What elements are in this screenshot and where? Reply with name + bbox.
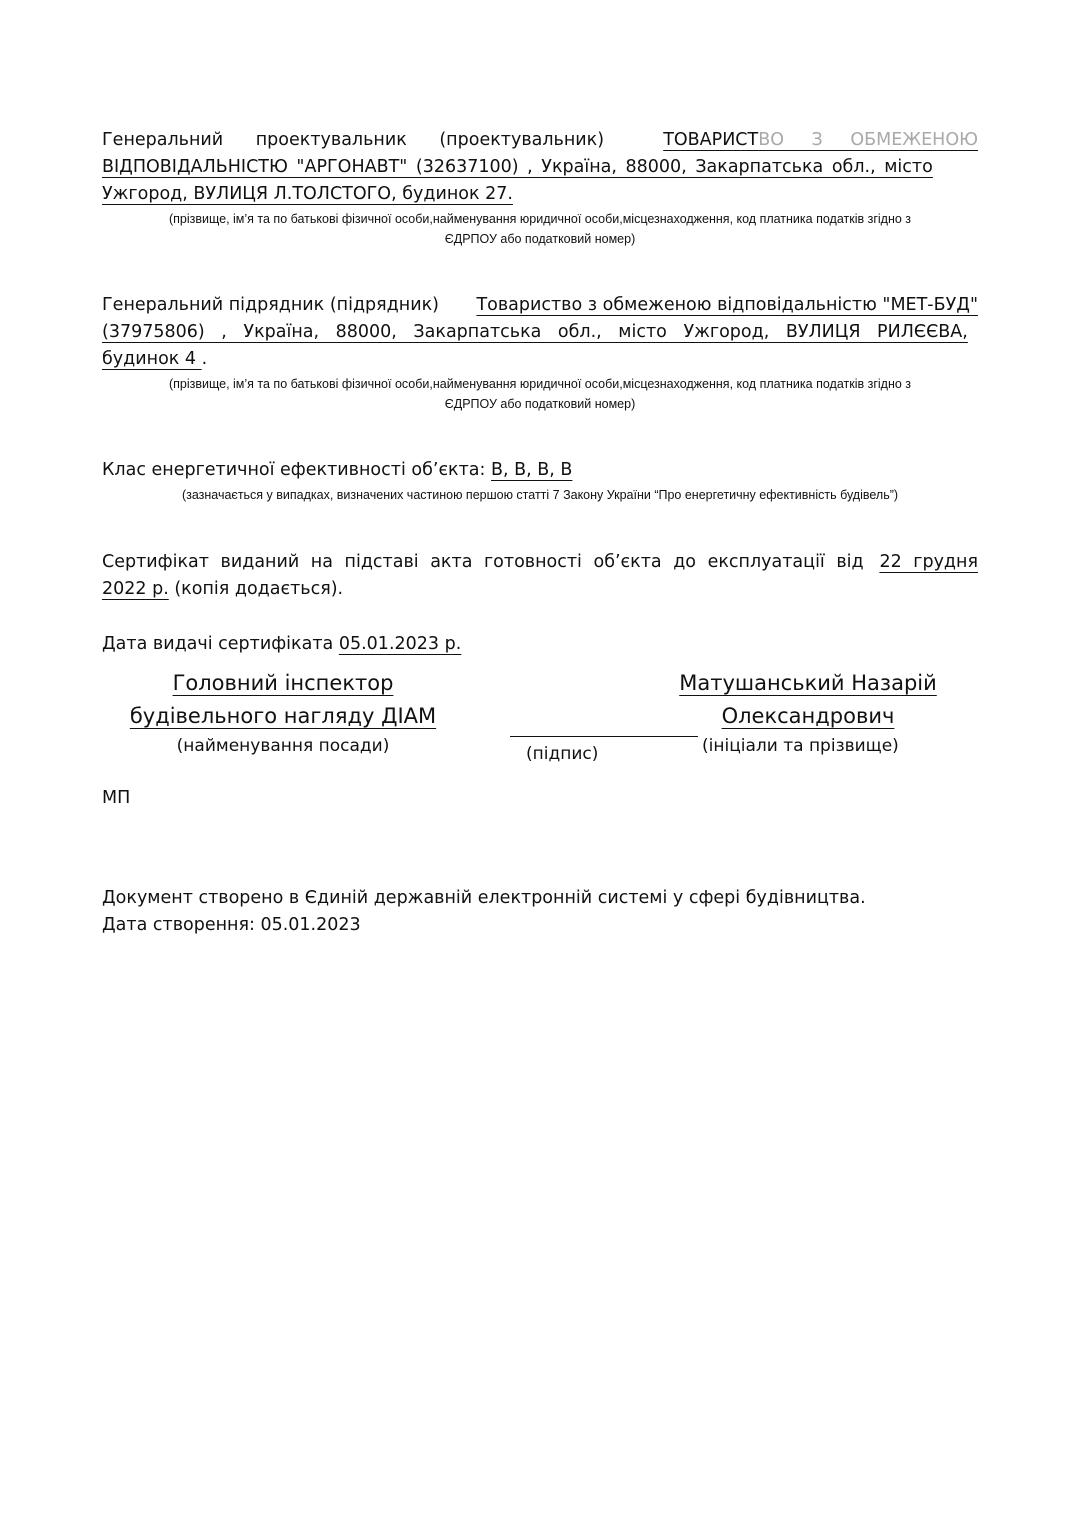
- issue-date-label: Дата видачі сертифіката: [102, 634, 333, 654]
- certificate-basis-paragraph: Сертифікат виданий на підставі акта гото…: [102, 549, 978, 603]
- act-date-part1: 22 грудня: [879, 549, 978, 576]
- footer-line1: Документ створено в Єдиній державній еле…: [102, 885, 978, 912]
- general-contractor-value-line1: Товариство з обмеженою відповідальністю …: [476, 292, 978, 319]
- general-contractor-value-line3: будинок 4: [102, 349, 202, 369]
- position-caption: (найменування посади): [102, 735, 464, 757]
- act-date-part2: 2022 р.: [102, 579, 169, 599]
- issue-date-value: 05.01.2023 р.: [339, 634, 461, 654]
- signature-line: [510, 736, 698, 737]
- inspector-name-line2: Олександрович: [722, 704, 895, 728]
- issue-date-line: Дата видачі сертифіката 05.01.2023 р.: [102, 631, 978, 658]
- general-contractor-paragraph: Генеральний підрядник (підрядник) Товари…: [102, 292, 978, 373]
- general-designer-note-line2: ЄДРПОУ або податковий номер): [102, 229, 978, 249]
- inspector-name-line1: Матушанський Назарій: [679, 671, 937, 695]
- certificate-basis-text: Сертифікат виданий на підставі акта гото…: [102, 549, 864, 576]
- general-designer-value-dark: ТОВАРИСТ: [663, 130, 758, 150]
- certificate-basis-after: (копія додається).: [169, 579, 343, 599]
- energy-class-value: В, В, В, В: [491, 460, 572, 480]
- general-designer-value-faded: ВО З ОБМЕЖЕНОЮ: [758, 130, 978, 150]
- general-designer-value-line3: Ужгород, ВУЛИЦЯ Л.ТОЛСТОГО, будинок 27.: [102, 184, 513, 204]
- signature-caption: (підпис): [526, 743, 598, 765]
- name-caption: (ініціали та прізвище): [702, 735, 899, 757]
- general-contractor-note-line1: (прізвище, ім’я та по батькові фізичної …: [102, 374, 978, 394]
- position-title: Головний інспектор будівельного нагляду …: [102, 667, 464, 733]
- general-designer-note: (прізвище, ім’я та по батькові фізичної …: [102, 209, 978, 249]
- general-designer-value-line2: ВІДПОВІДАЛЬНІСТЮ "АРГОНАВТ" (32637100) ,…: [102, 154, 978, 181]
- stamp-placeholder: МП: [102, 785, 978, 812]
- general-designer-paragraph: Генеральний проектувальник (проектувальн…: [102, 127, 978, 208]
- energy-class-note: (зазначається у випадках, визначених час…: [102, 485, 978, 505]
- general-designer-label: Генеральний проектувальник (проектувальн…: [102, 127, 604, 154]
- energy-class-label: Клас енергетичної ефективності об’єкта:: [102, 460, 485, 480]
- position-title-line2: будівельного нагляду ДІАМ: [130, 704, 436, 728]
- general-contractor-trailing: .: [202, 349, 208, 369]
- general-designer-value-start: ТОВАРИСТВО З ОБМЕЖЕНОЮ: [663, 127, 978, 154]
- footer-line2: Дата створення: 05.01.2023: [102, 912, 978, 939]
- footer: Документ створено в Єдиній державній еле…: [102, 885, 978, 939]
- inspector-name: Матушанський Назарій Олександрович: [662, 667, 954, 733]
- general-designer-value-line2-text: ВІДПОВІДАЛЬНІСТЮ "АРГОНАВТ" (32637100) ,…: [102, 154, 933, 181]
- general-contractor-label: Генеральний підрядник (підрядник): [102, 292, 439, 319]
- general-contractor-note-line2: ЄДРПОУ або податковий номер): [102, 394, 978, 414]
- general-contractor-value-line2: (37975806) , Україна, 88000, Закарпатськ…: [102, 322, 968, 342]
- general-contractor-note: (прізвище, ім’я та по батькові фізичної …: [102, 374, 978, 414]
- general-designer-note-line1: (прізвище, ім’я та по батькові фізичної …: [102, 209, 978, 229]
- energy-class-line: Клас енергетичної ефективності об’єкта: …: [102, 457, 978, 484]
- position-title-line1: Головний інспектор: [173, 671, 394, 695]
